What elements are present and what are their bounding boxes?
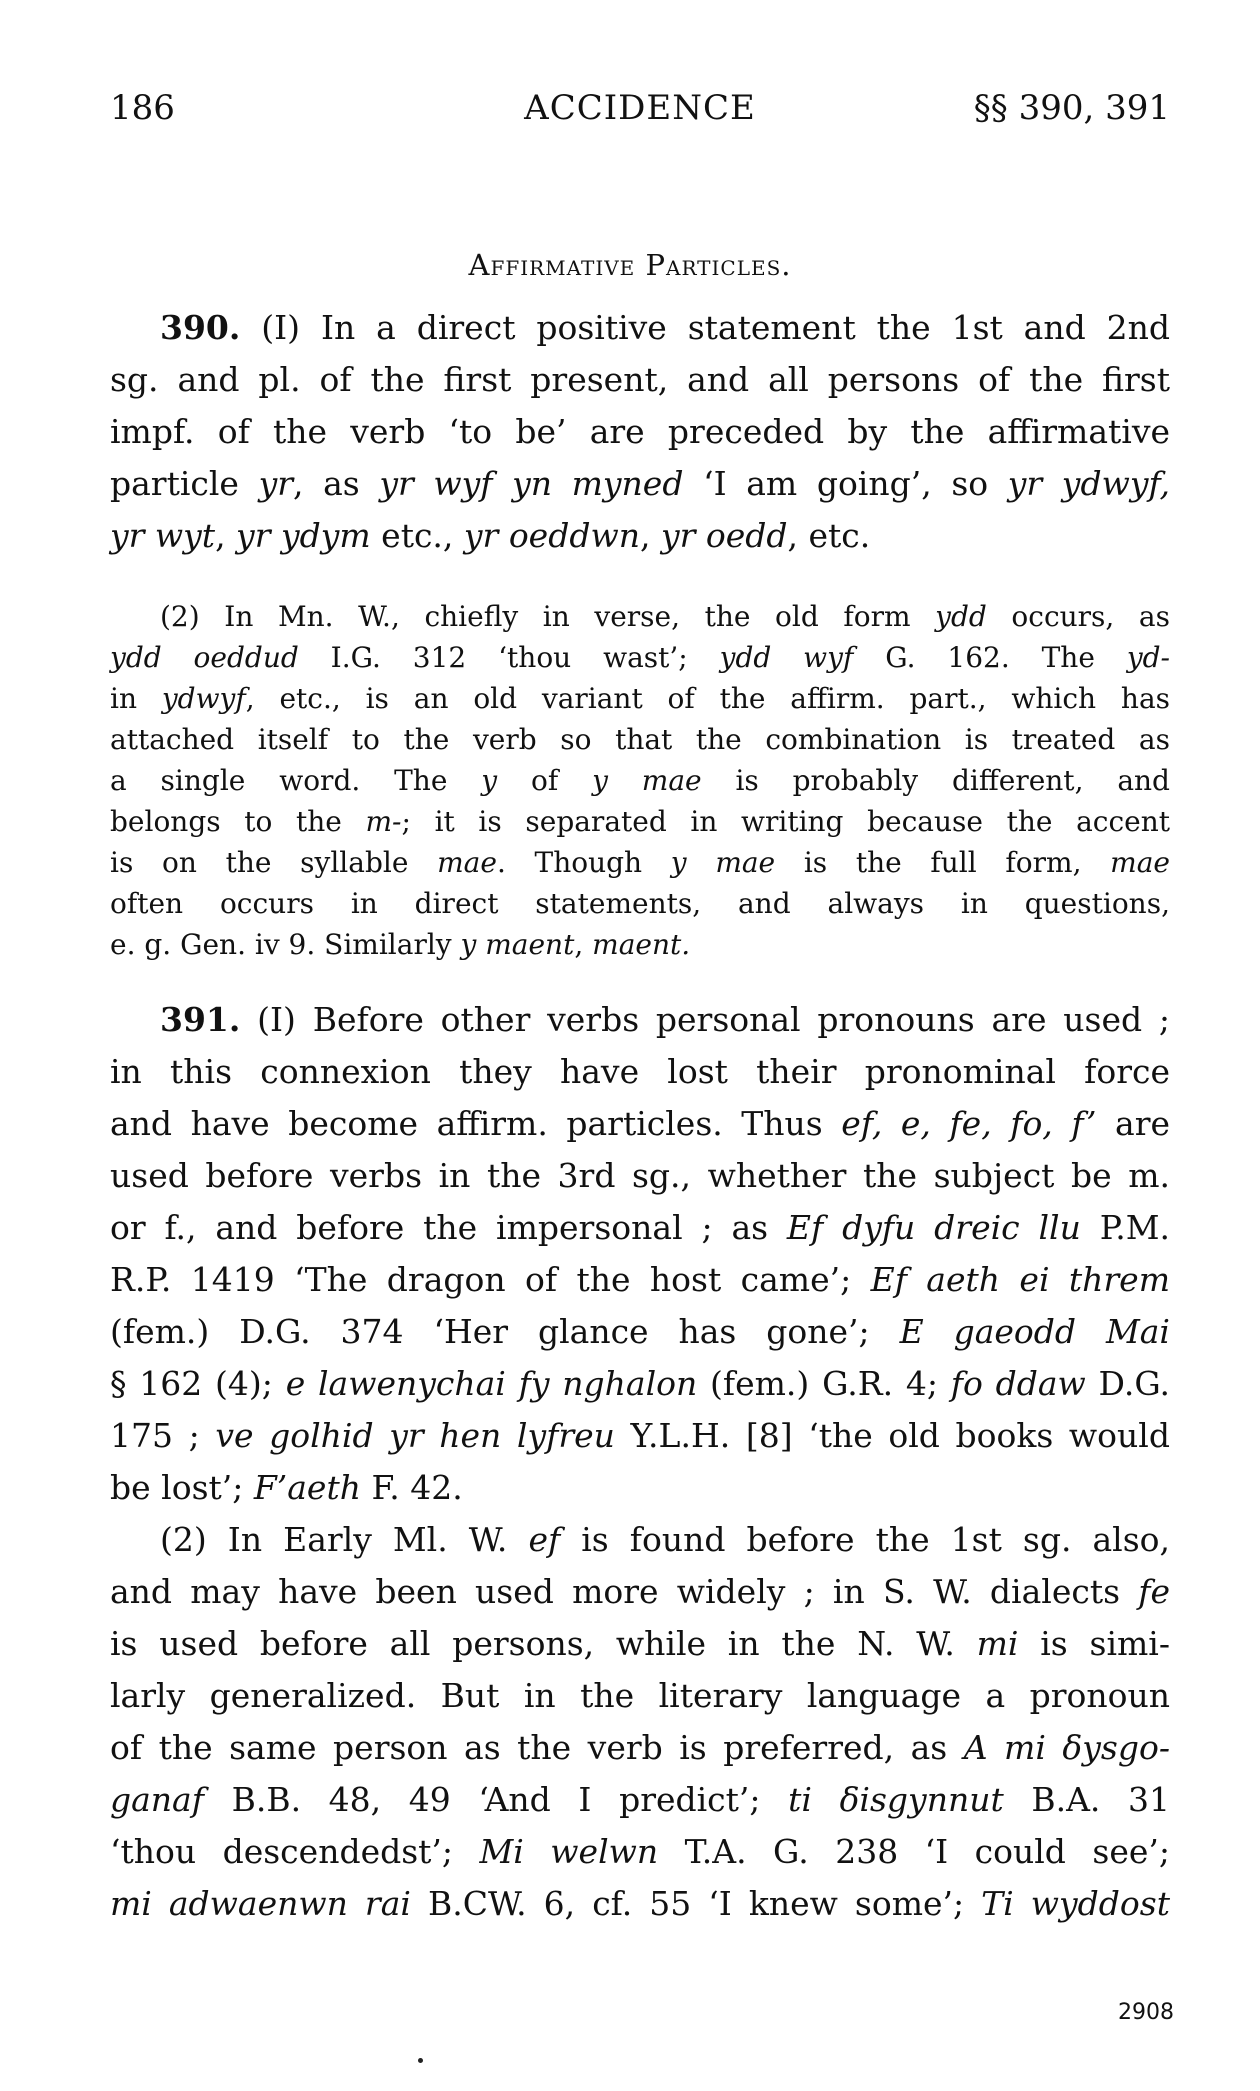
- text-line: ganaf B.B. 48, 49 ‘And I predict’; ti δi…: [110, 1780, 1170, 1819]
- text-line: belongs to the m-; it is separated in wr…: [110, 805, 1170, 838]
- text-line: ‘thou descendedst’; Mi welwn T.A. G. 238…: [110, 1832, 1170, 1871]
- text-line: or f., and before the impersonal ; as Ef…: [110, 1208, 1170, 1247]
- scan-number: 2908: [1118, 2000, 1174, 2025]
- text-line: R.P. 1419 ‘The dragon of the host came’;…: [110, 1260, 1170, 1299]
- text-line: is used before all persons, while in the…: [110, 1624, 1170, 1663]
- text-line: used before verbs in the 3rd sg., whethe…: [110, 1156, 1170, 1195]
- text-line: of the same person as the verb is prefer…: [110, 1728, 1170, 1767]
- text-line: 390. (I) In a direct positive statement …: [160, 308, 1170, 347]
- text-line: mi adwaenwn rai B.CW. 6, cf. 55 ‘I knew …: [110, 1884, 1170, 1923]
- section-heading: Affirmative Particles.: [0, 248, 1260, 282]
- text-line: in this connexion they have lost their p…: [110, 1052, 1170, 1091]
- page-header: 186 ACCIDENCE §§ 390, 391: [110, 88, 1170, 138]
- text-line: § 162 (4); e lawenychai fy nghalon (fem.…: [110, 1364, 1170, 1403]
- text-line: 391. (I) Before other verbs personal pro…: [160, 1000, 1170, 1039]
- text-line: particle yr, as yr wyf yn myned ‘I am go…: [110, 464, 1170, 503]
- text-line: is on the syllable mae. Though y mae is …: [110, 846, 1170, 879]
- text-line: larly generalized. But in the literary l…: [110, 1676, 1170, 1715]
- text-line: impf. of the verb ‘to be’ are preceded b…: [110, 412, 1170, 451]
- text-line: a single word. The y of y mae is probabl…: [110, 764, 1170, 797]
- text-line: attached itself to the verb so that the …: [110, 723, 1170, 756]
- scanned-book-page: 186 ACCIDENCE §§ 390, 391 Affirmative Pa…: [0, 0, 1260, 2091]
- text-line: 175 ; ve golhid yr hen lyfreu Y.L.H. [8]…: [110, 1416, 1170, 1455]
- text-line: be lost’; F’aeth F. 42.: [110, 1468, 1170, 1507]
- text-line: (2) In Early Ml. W. ef is found before t…: [160, 1520, 1170, 1559]
- text-line: sg. and pl. of the first present, and al…: [110, 360, 1170, 399]
- text-line: yr wyt, yr ydym etc., yr oeddwn, yr oedd…: [110, 516, 1170, 555]
- scan-speck: [418, 2058, 423, 2063]
- text-line: ydd oeddud I.G. 312 ‘thou wast’; ydd wyf…: [110, 641, 1170, 674]
- text-line: e. g. Gen. iv 9. Similarly y maent, maen…: [110, 928, 1170, 961]
- text-line: (2) In Mn. W., chiefly in verse, the old…: [160, 600, 1170, 633]
- text-line: in ydwyf, etc., is an old variant of the…: [110, 682, 1170, 715]
- text-line: often occurs in direct statements, and a…: [110, 887, 1170, 920]
- text-line: (fem.) D.G. 374 ‘Her glance has gone’; E…: [110, 1312, 1170, 1351]
- text-line: and have become affirm. particles. Thus …: [110, 1104, 1170, 1143]
- text-line: and may have been used more widely ; in …: [110, 1572, 1170, 1611]
- section-range: §§ 390, 391: [974, 88, 1170, 128]
